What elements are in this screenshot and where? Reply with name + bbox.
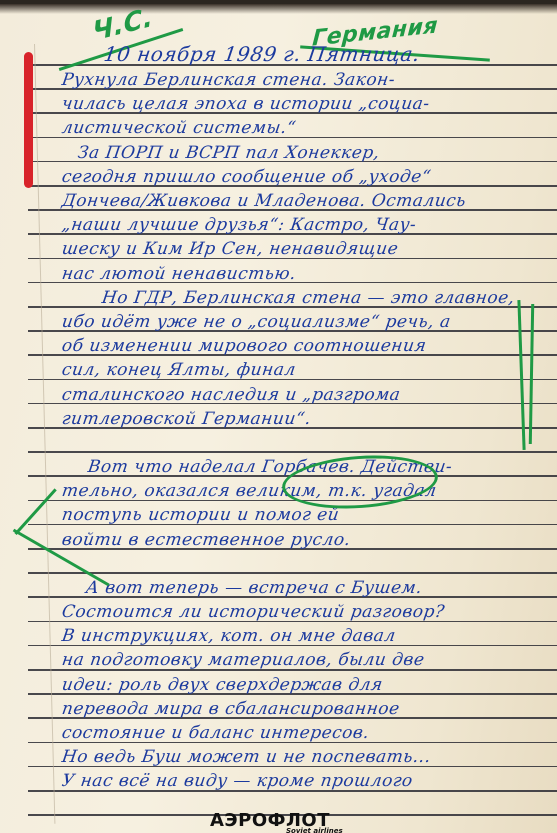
diary-line: сталинского наследия и „разгрома bbox=[61, 385, 402, 405]
diary-line: листической системы.“ bbox=[61, 118, 298, 138]
page-edge-shadow bbox=[0, 4, 557, 14]
ruled-line bbox=[28, 572, 557, 574]
diary-line: В инструкциях, кот. он мне давал bbox=[61, 626, 398, 646]
margin-bracket-left-top bbox=[14, 488, 56, 535]
diary-line: шеску и Ким Ир Сен, ненавидящие bbox=[61, 239, 400, 259]
aeroflot-subtitle: Soviet airlines bbox=[286, 827, 343, 833]
diary-line: нас лютой ненавистью. bbox=[61, 264, 298, 284]
diary-line: гитлеровской Германии“. bbox=[61, 409, 313, 429]
diary-line: Рухнула Берлинская стена. Закон- bbox=[61, 70, 397, 90]
diary-line: Дончева/Живкова и Младенова. Остались bbox=[61, 191, 468, 211]
diary-line: ибо идёт уже не о „социализме“ речь, а bbox=[61, 312, 453, 332]
diary-line: поступь истории и помог ей bbox=[61, 505, 341, 525]
diary-line: войти в естественное русло. bbox=[61, 530, 352, 550]
diary-line: перевода мира в сбалансированное bbox=[61, 699, 401, 719]
diary-line: Но ведь Буш может и не поспевать... bbox=[61, 747, 433, 767]
diary-line: „наши лучшие друзья“: Кастро, Чау- bbox=[61, 215, 418, 235]
diary-line: сил, конец Ялты, финал bbox=[61, 360, 298, 380]
diary-line: чилась целая эпоха в истории „социа- bbox=[61, 94, 431, 114]
diary-line: У нас всё на виду — кроме прошлого bbox=[61, 771, 415, 791]
diary-line: Но ГДР, Берлинская стена — это главное, bbox=[101, 288, 516, 308]
diary-line: на подготовку материалов, были две bbox=[61, 650, 426, 670]
ruled-line bbox=[28, 451, 557, 453]
diary-line: об изменении мирового соотношения bbox=[61, 336, 428, 356]
diary-line: А вот теперь — встреча с Бушем. bbox=[85, 578, 424, 598]
diary-line: состояние и баланс интересов. bbox=[61, 723, 371, 743]
margin-bracket-right-2 bbox=[529, 304, 534, 444]
red-margin-mark bbox=[24, 52, 33, 188]
diary-line: За ПОРП и ВСРП пал Хонеккер, bbox=[77, 143, 381, 163]
date-line: 10 ноября 1989 г. Пятница. bbox=[102, 42, 421, 66]
notebook-page: Ч.С. Германия 10 ноября 1989 г. Пятница.… bbox=[0, 4, 557, 833]
diary-line: Состоится ли исторический разговор? bbox=[61, 602, 446, 622]
diary-line: идеи: роль двух сверхдержав для bbox=[61, 675, 385, 695]
diary-line: сегодня пришло сообщение об „уходе“ bbox=[61, 167, 433, 187]
